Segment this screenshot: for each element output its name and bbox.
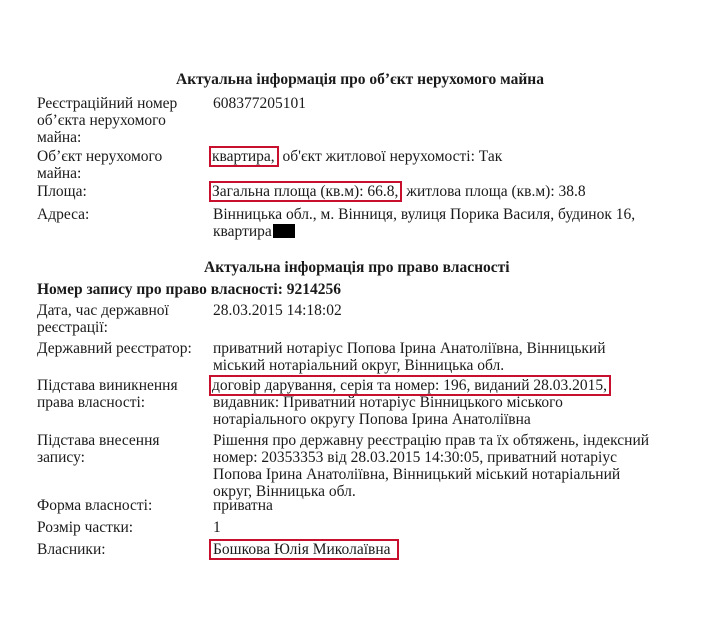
value-address: Вінницька обл., м. Вінниця, вулиця Порик… [213,206,683,240]
value-property-object: квартира, об'єкт житлової нерухомості: Т… [213,148,683,165]
label-ownership-basis: Підстава виникнення права власності: [37,377,187,411]
value-area-rest: житлова площа (кв.м): 38.8 [402,183,585,200]
value-address-line2: квартира [213,223,272,240]
registry-extract-document: Актуальна інформація про об’єкт нерухомо… [0,0,724,638]
highlight-box-owner-name: Бошкова Юлія Миколаївна [209,539,399,560]
value-registration-number: 608377205101 [213,95,683,112]
label-state-registrar: Державний реєстратор: [37,340,202,357]
label-owners: Власники: [37,541,202,558]
section-title-ownership: Актуальна інформація про право власності [204,259,510,276]
highlight-box-apartment: квартира, [209,146,279,167]
highlight-box-gift-agreement: договір дарування, серія та номер: 196, … [209,375,611,396]
label-registration-date: Дата, час державної реєстрації: [37,302,187,336]
redaction-block [273,224,295,238]
value-ownership-form: приватна [213,497,683,514]
value-share-size: 1 [213,519,683,536]
value-owners: Бошкова Юлія Миколаївна [213,541,683,558]
ownership-record-number: Номер запису про право власності: 921425… [37,281,341,298]
label-property-object: Об’єкт нерухомого майна: [37,148,177,182]
value-registration-date: 28.03.2015 14:18:02 [213,302,683,319]
value-address-line1: Вінницька обл., м. Вінниця, вулиця Порик… [213,206,683,223]
label-address: Адреса: [37,206,202,223]
label-ownership-form: Форма власності: [37,497,202,514]
value-ownership-basis-rest: видавник: Приватний нотаріус Вінницького… [213,394,658,428]
label-registration-number: Реєстраційний номер об’єкта нерухомого м… [37,95,202,146]
highlight-box-total-area: Загальна площа (кв.м): 66.8, [209,181,402,202]
value-area: Загальна площа (кв.м): 66.8, житлова пло… [213,183,683,200]
label-share-size: Розмір частки: [37,519,202,536]
value-state-registrar: приватний нотаріус Попова Ірина Анатолії… [213,340,653,374]
value-entry-basis: Рішення про державну реєстрацію прав та … [213,432,653,500]
label-entry-basis: Підстава внесення запису: [37,432,187,466]
section-title-property-object: Актуальна інформація про об’єкт нерухомо… [176,71,544,88]
value-property-object-rest: об'єкт житлової нерухомості: Так [279,148,503,165]
label-area: Площа: [37,183,202,200]
value-ownership-basis: договір дарування, серія та номер: 196, … [213,377,658,428]
